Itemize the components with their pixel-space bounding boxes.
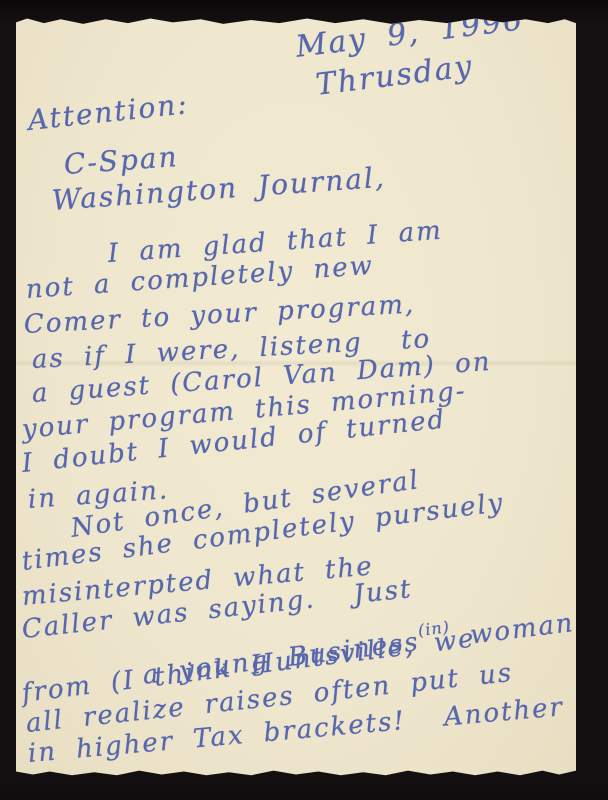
date-line: May 9, 1996	[294, 5, 526, 63]
attention-line: Attention:	[27, 90, 190, 135]
letter-paper: May 9, 1996 Thrusday Attention: C-Span W…	[16, 17, 576, 776]
scan-background: May 9, 1996 Thrusday Attention: C-Span W…	[0, 0, 608, 800]
network-line: C-Span	[63, 143, 179, 179]
